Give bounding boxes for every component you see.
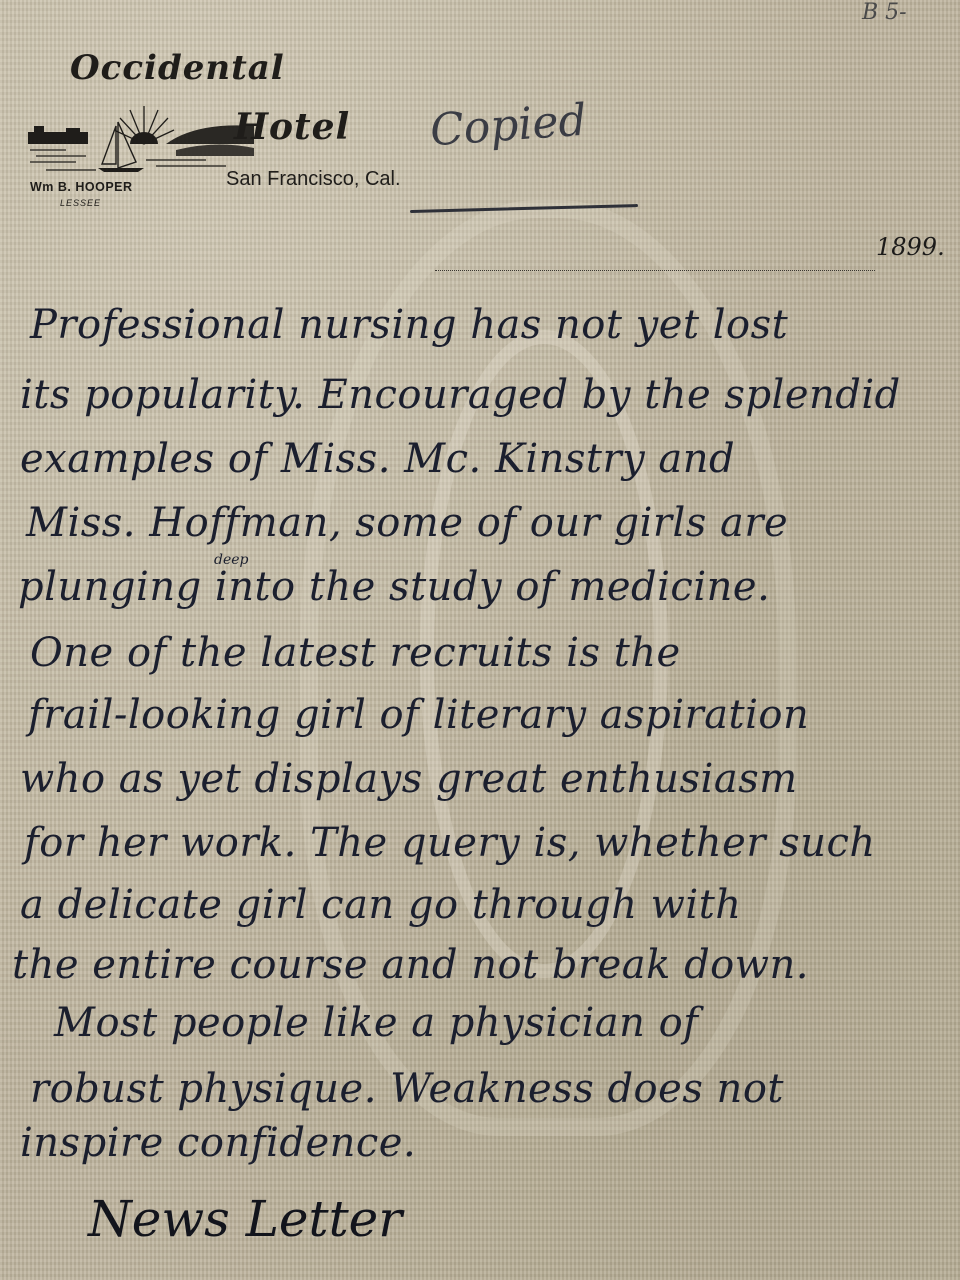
letterhead-lessee-name: Wm B. HOOPER	[30, 180, 133, 194]
body-line: inspire confidence.	[20, 1120, 416, 1166]
harbor-vignette-icon	[26, 98, 256, 174]
corner-archive-mark: B 5-	[862, 0, 907, 25]
body-line: robust physique. Weakness does not	[30, 1066, 784, 1112]
body-line: Professional nursing has not yet lost	[30, 302, 788, 348]
letterhead: Occidental	[24, 40, 444, 220]
body-line: for her work. The query is, whether such	[24, 820, 876, 866]
letterhead-name-occidental: Occidental	[70, 48, 285, 88]
letterhead-name-hotel: Hotel	[234, 106, 350, 148]
copied-annotation: Copied	[428, 95, 588, 157]
body-line: Miss. Hoffman, some of our girls are	[26, 500, 788, 546]
body-line: Most people like a physician of	[54, 1000, 698, 1046]
signature: News Letter	[88, 1190, 402, 1248]
body-line: the entire course and not break down.	[12, 942, 809, 988]
copied-underline	[410, 204, 638, 213]
body-line: examples of Miss. Mc. Kinstry and	[20, 436, 735, 482]
body-line: One of the latest recruits is the	[30, 630, 681, 676]
body-line: its popularity. Encouraged by the splend…	[20, 372, 901, 418]
body-line: a delicate girl can go through with	[20, 882, 742, 928]
date-year: 1899.	[876, 233, 945, 261]
body-line: frail-looking girl of literary aspiratio…	[28, 692, 809, 738]
body-line: who as yet displays great enthusiasm	[20, 756, 798, 802]
letterhead-lessee-title: LESSEE	[60, 198, 101, 208]
body-line: plunging into the study of medicine.	[18, 564, 770, 610]
letterhead-city: San Francisco, Cal.	[226, 168, 401, 191]
date-dotted-line	[435, 270, 875, 271]
